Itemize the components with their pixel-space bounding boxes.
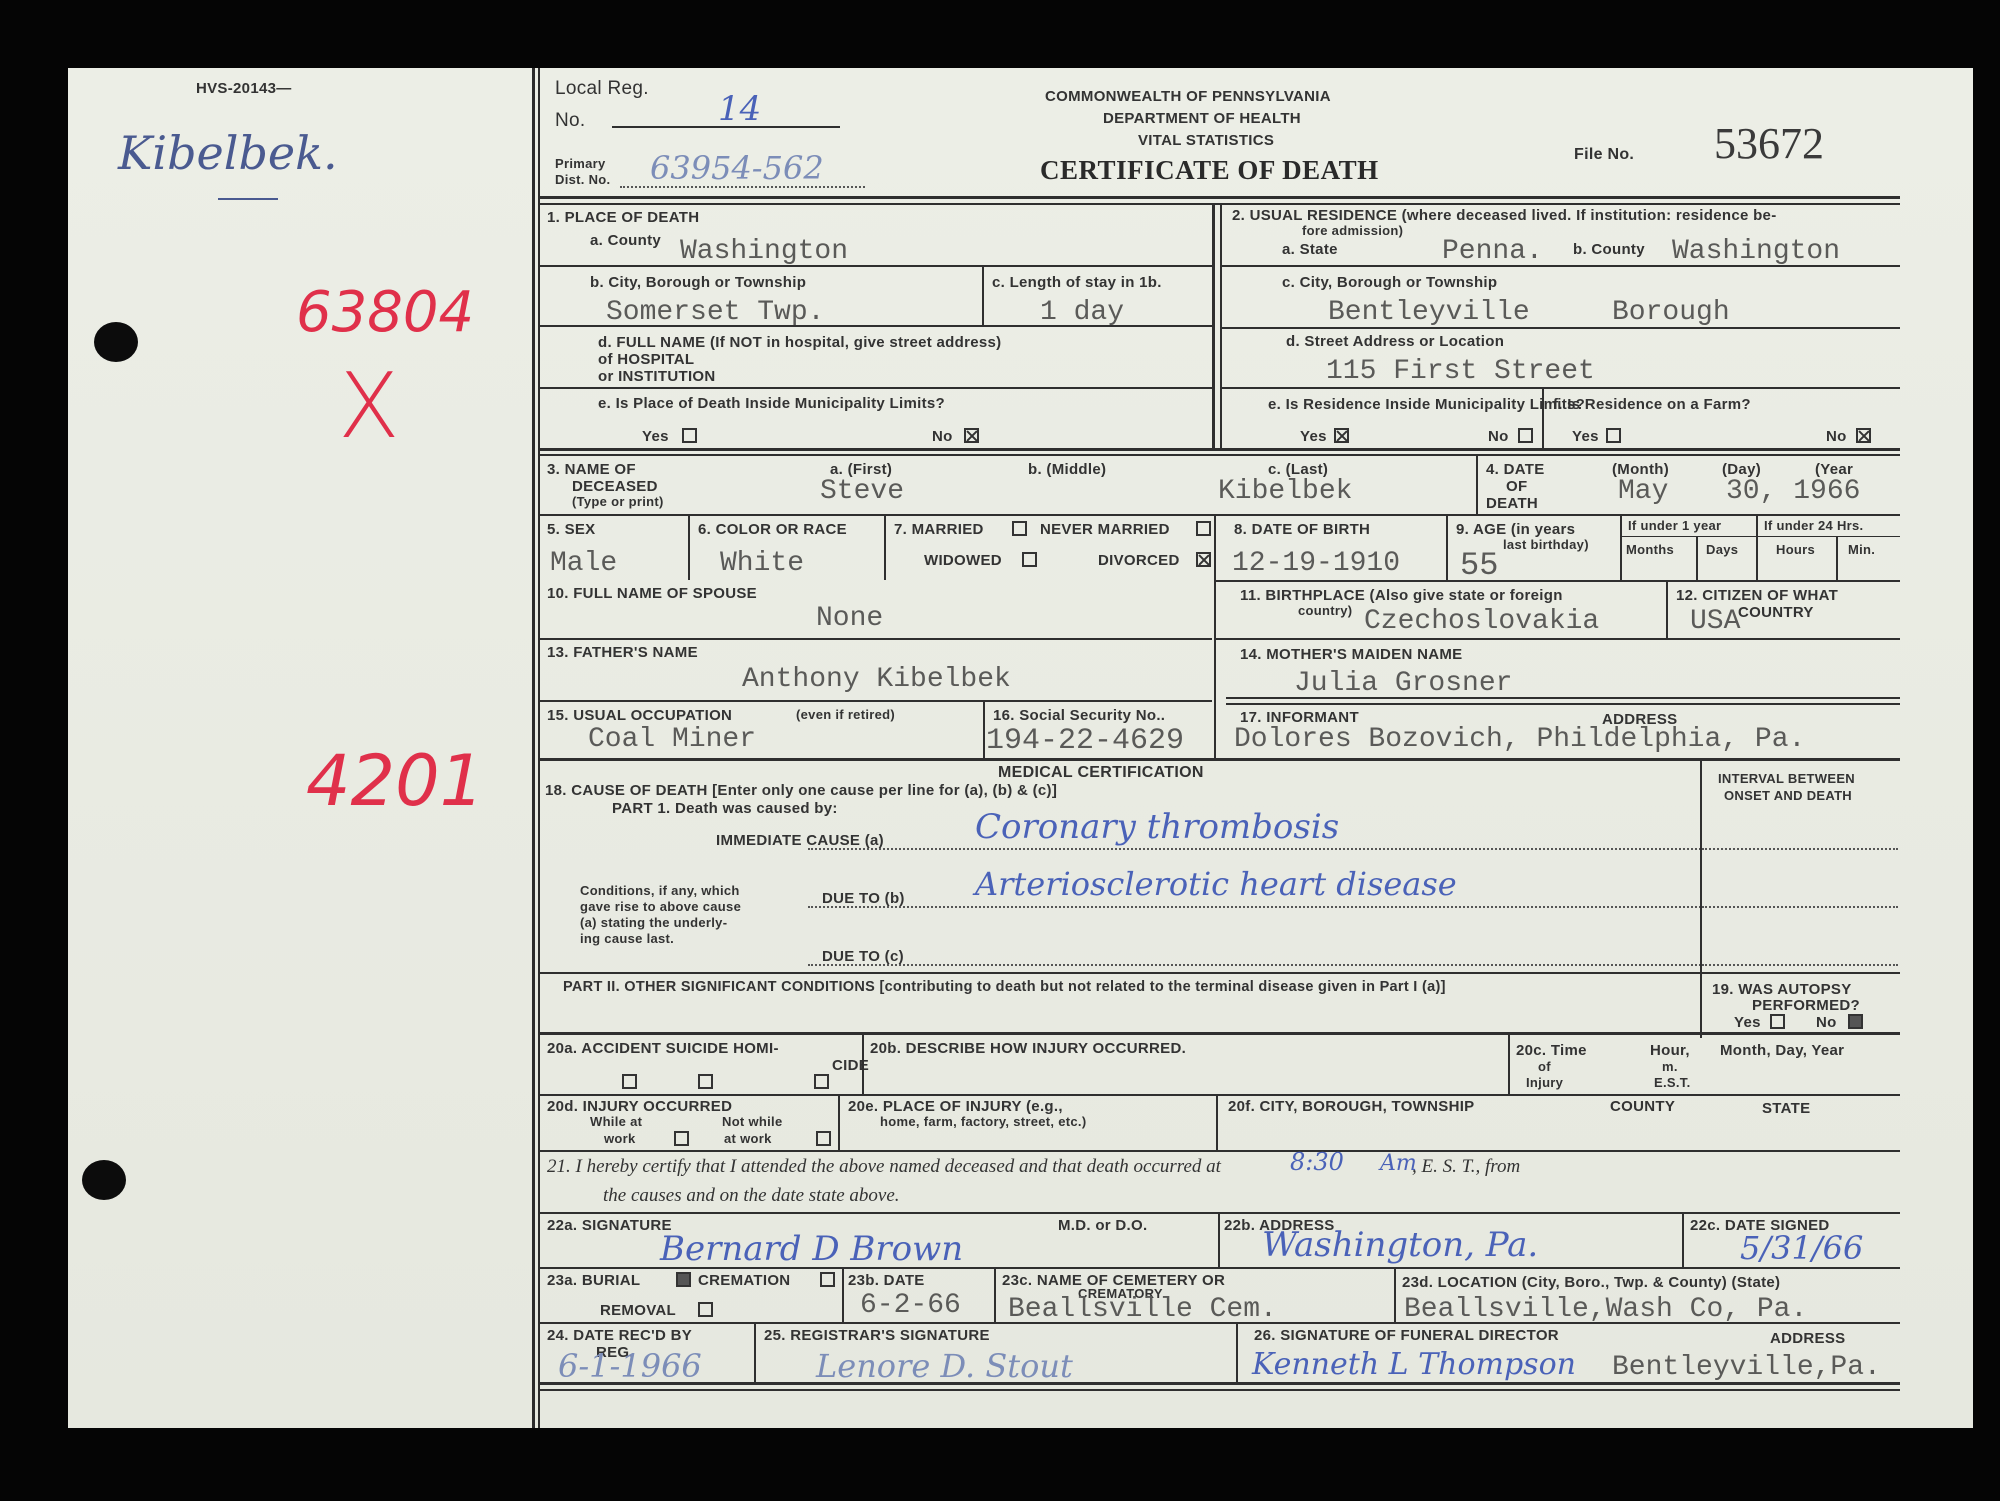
dod-label-3: DEATH	[1486, 495, 1538, 512]
age-label-2: last birthday)	[1503, 538, 1589, 553]
md-do-label: M.D. or D.O.	[1058, 1217, 1147, 1234]
divorced-checkbox[interactable]	[1196, 552, 1211, 567]
dotted-line	[808, 964, 1701, 966]
surname-note: Kibelbek.	[118, 130, 338, 176]
immediate-cause-label: IMMEDIATE CAUSE (a)	[716, 832, 884, 849]
father-name: Anthony Kibelbek	[742, 666, 1011, 694]
row-rule	[1222, 387, 1900, 389]
hospital-label-1: d. FULL NAME (If NOT in hospital, give s…	[598, 334, 1001, 351]
not-work-label-2: at work	[724, 1132, 772, 1147]
while-work-label-2: work	[604, 1132, 636, 1147]
injury-how-label: 20b. DESCRIBE HOW INJURY OCCURRED.	[870, 1040, 1186, 1057]
date-received: 6-1-1966	[558, 1350, 702, 1382]
col-rule	[982, 265, 984, 325]
no-label: No	[932, 428, 953, 445]
red-note-number-2: 4201	[306, 746, 484, 816]
sub-rule	[1620, 536, 1900, 537]
row-rule	[540, 1267, 1900, 1269]
immediate-cause: Coronary thrombosis	[975, 810, 1339, 844]
conditions-label-3: (a) stating the underly-	[580, 916, 727, 931]
residence-county: Washington	[1672, 238, 1840, 266]
interval-label-1: INTERVAL BETWEEN	[1718, 772, 1855, 787]
accident-checkbox[interactable]	[622, 1074, 637, 1089]
time-label-3: Injury	[1526, 1076, 1563, 1091]
hour-label-3: E.S.T.	[1654, 1076, 1690, 1091]
section-divider	[1220, 203, 1222, 448]
col-rule	[1666, 580, 1668, 638]
row-rule	[540, 972, 1900, 974]
physician-signature: Bernard D Brown	[660, 1232, 963, 1266]
time-label-1: 20c. Time	[1516, 1042, 1587, 1059]
stay-label: c. Length of stay in 1b.	[992, 274, 1162, 291]
dotted-line	[1702, 906, 1898, 908]
yes-label: Yes	[1572, 428, 1599, 445]
date-of-death-month: May	[1618, 478, 1668, 506]
ssn-label: 16. Social Security No..	[993, 707, 1165, 724]
col-rule	[1216, 1094, 1218, 1150]
file-no: 53672	[1714, 118, 1824, 169]
col-rule	[1682, 1212, 1684, 1267]
col-rule	[688, 514, 690, 580]
row-rule	[540, 1094, 1900, 1096]
yes-label: Yes	[1300, 428, 1327, 445]
sex-label: 5. SEX	[547, 521, 596, 538]
funeral-director-address: Bentleyville,Pa.	[1612, 1354, 1881, 1382]
col-rule	[842, 1267, 844, 1322]
residence-inside-limits-no-checkbox[interactable]	[1518, 428, 1533, 443]
row-rule	[540, 700, 1212, 702]
married-label: 7. MARRIED	[894, 521, 984, 538]
social-security-number: 194-22-4629	[986, 726, 1184, 756]
informant: Dolores Bozovich, Phildelphia, Pa.	[1234, 726, 1805, 754]
section-rule	[540, 454, 1900, 456]
injury-type-label: 20a. ACCIDENT SUICIDE HOMI-	[547, 1040, 779, 1057]
row-rule	[540, 1150, 1900, 1152]
citizen-label-1: 12. CITIZEN OF WHAT	[1676, 587, 1838, 604]
no-label: No.	[555, 110, 585, 132]
physician-address: Washington, Pa.	[1262, 1228, 1538, 1262]
section-rule	[540, 1032, 1900, 1035]
length-of-stay: 1 day	[1040, 299, 1124, 327]
citizen-country: USA	[1690, 608, 1740, 636]
street-label: d. Street Address or Location	[1286, 333, 1504, 350]
row-rule	[540, 265, 1212, 267]
row-rule	[540, 638, 1212, 640]
last-name: Kibelbek	[1218, 478, 1352, 506]
cremation-checkbox[interactable]	[820, 1272, 835, 1287]
red-note-number: 63804	[296, 285, 474, 341]
certification-text-2: , E. S. T., from	[1412, 1156, 1520, 1178]
date-of-birth: 12-19-1910	[1232, 550, 1400, 578]
citizen-label-2: COUNTRY	[1738, 604, 1814, 621]
residence-city-type: Borough	[1612, 299, 1730, 327]
while-work-label-1: While at	[590, 1115, 642, 1130]
injury-place-label-2: home, farm, factory, street, etc.)	[880, 1115, 1086, 1130]
row-rule	[540, 1322, 1900, 1324]
res-county-label: b. County	[1573, 241, 1645, 258]
col-rule	[1542, 387, 1544, 448]
row-rule	[540, 514, 1900, 516]
birthplace-label-2: country)	[1298, 604, 1352, 619]
col-rule	[1394, 1267, 1396, 1322]
date-signed: 5/31/66	[1740, 1232, 1863, 1264]
never-married-checkbox[interactable]	[1196, 521, 1211, 536]
primary-label: Primary	[555, 157, 606, 172]
death-city: Somerset Twp.	[606, 299, 824, 327]
punch-hole-bottom	[82, 1160, 126, 1200]
red-x-mark: X	[338, 362, 400, 452]
autopsy-label-1: 19. WAS AUTOPSY	[1712, 981, 1852, 998]
burial-label: 23a. BURIAL	[547, 1272, 640, 1289]
residence-label-1: 2. USUAL RESIDENCE (where deceased lived…	[1232, 207, 1776, 224]
disposition-date-label: 23b. DATE	[848, 1272, 925, 1289]
autopsy-label-2: PERFORMED?	[1752, 997, 1860, 1014]
col-rule	[1214, 638, 1216, 758]
file-no-label: File No.	[1574, 146, 1634, 164]
residence-street: 115 First Street	[1326, 358, 1595, 386]
col-rule	[1836, 536, 1838, 580]
stub-divider	[532, 68, 540, 1428]
no-label: No	[1826, 428, 1847, 445]
col-rule	[1218, 1212, 1220, 1267]
birthplace-label-1: 11. BIRTHPLACE (Also give state or forei…	[1240, 587, 1563, 604]
funeral-address-label: ADDRESS	[1770, 1330, 1845, 1347]
cremation-label: CREMATION	[698, 1272, 790, 1289]
registrar-label: 25. REGISTRAR'S SIGNATURE	[764, 1327, 990, 1344]
location-label: 23d. LOCATION (City, Boro., Twp. & Count…	[1402, 1274, 1780, 1291]
no-label: No	[1488, 428, 1509, 445]
spouse-label: 10. FULL NAME OF SPOUSE	[547, 585, 757, 602]
residence-inside-limits-yes-checkbox[interactable]	[1334, 428, 1349, 443]
form-code: HVS-20143—	[196, 80, 292, 97]
registrar-signature: Lenore D. Stout	[816, 1350, 1073, 1382]
inside-limits-label: e. Is Place of Death Inside Municipality…	[598, 395, 945, 412]
injury-state-label: STATE	[1762, 1100, 1810, 1117]
farm-yes-checkbox[interactable]	[1606, 428, 1621, 443]
burial-checkbox[interactable]	[676, 1272, 691, 1287]
divorced-label: DIVORCED	[1098, 552, 1180, 569]
residence-city: Bentleyville	[1328, 299, 1530, 327]
days-label: Days	[1706, 543, 1738, 558]
hours-label: Hours	[1776, 543, 1815, 558]
cause-label: 18. CAUSE OF DEATH [Enter only one cause…	[545, 782, 1057, 799]
farm-label: f. Is Residence on a Farm?	[1553, 396, 1751, 413]
section-rule	[540, 448, 1900, 451]
city-label: b. City, Borough or Township	[590, 274, 806, 291]
father-label: 13. FATHER'S NAME	[547, 644, 698, 661]
name-label-2: DECEASED	[572, 478, 658, 495]
header-line-3: VITAL STATISTICS	[1138, 132, 1274, 149]
section-rule	[540, 1389, 1900, 1391]
header-rule-1	[540, 196, 1900, 199]
header-line-1: COMMONWEALTH OF PENNSYLVANIA	[1045, 88, 1331, 105]
cemetery-name: Beallsville Cem.	[1008, 1296, 1277, 1324]
occupation-label: 15. USUAL OCCUPATION	[547, 707, 732, 724]
hospital-label-2: of HOSPITAL	[598, 351, 694, 368]
section-rule	[540, 758, 1900, 761]
age-value: 55	[1460, 550, 1498, 582]
time-label-2: of	[1538, 1060, 1551, 1075]
certification-text-1: 21. I hereby certify that I attended the…	[547, 1156, 1221, 1178]
col-rule	[862, 1032, 864, 1094]
farm-no-checkbox[interactable]	[1856, 428, 1871, 443]
dob-label: 8. DATE OF BIRTH	[1234, 521, 1370, 538]
death-inside-limits-no-checkbox[interactable]	[964, 428, 979, 443]
spouse-name: None	[816, 605, 883, 633]
date-of-death-day-year: 30, 1966	[1726, 478, 1860, 506]
married-checkbox[interactable]	[1012, 521, 1027, 536]
section-divider	[1212, 203, 1215, 448]
burial-location: Beallsville,Wash Co, Pa.	[1404, 1296, 1807, 1324]
dod-label-1: 4. DATE	[1486, 461, 1545, 478]
interval-label-2: ONSET AND DEATH	[1724, 789, 1852, 804]
col-rule	[983, 700, 985, 758]
under-1yr-label: If under 1 year	[1628, 519, 1721, 534]
yes-label: Yes	[1734, 1014, 1761, 1031]
col-rule	[1700, 760, 1702, 1038]
occupation: Coal Miner	[588, 726, 756, 754]
state-label: a. State	[1282, 241, 1338, 258]
residence-label-2: fore admission)	[1302, 224, 1403, 239]
dotted-line	[1702, 848, 1898, 850]
residence-state: Penna.	[1442, 238, 1543, 266]
col-rule	[1508, 1032, 1510, 1094]
res-city-label: c. City, Borough or Township	[1282, 274, 1497, 291]
homicide-checkbox[interactable]	[814, 1074, 829, 1089]
hour-label-1: Hour,	[1650, 1042, 1690, 1059]
col-rule	[1214, 514, 1216, 638]
certificate-title: CERTIFICATE OF DEATH	[1040, 155, 1379, 186]
months-label: Months	[1626, 543, 1674, 558]
dist-no-label: Dist. No.	[555, 173, 610, 188]
autopsy-yes-checkbox[interactable]	[1770, 1014, 1785, 1029]
due-to-b-cause: Arteriosclerotic heart disease	[975, 868, 1457, 900]
dod-label-2: OF	[1506, 478, 1527, 495]
col-rule	[1476, 454, 1478, 514]
conditions-label-1: Conditions, if any, which	[580, 884, 740, 899]
never-married-label: NEVER MARRIED	[1040, 521, 1170, 538]
month-day-year-label: Month, Day, Year	[1720, 1042, 1844, 1059]
due-to-b-label: DUE TO (b)	[822, 890, 905, 907]
row-rule	[1214, 638, 1900, 640]
injury-place-label-1: 20e. PLACE OF INJURY (e.g.,	[848, 1098, 1063, 1115]
certification-text-3: the causes and on the date state above.	[603, 1185, 900, 1207]
col-rule	[1236, 1322, 1238, 1382]
surname-underline	[218, 198, 278, 200]
hour-label-2: m.	[1662, 1060, 1678, 1075]
removal-label: REMOVAL	[600, 1302, 676, 1319]
mother-maiden-name: Julia Grosner	[1294, 670, 1512, 698]
name-label-1: 3. NAME OF	[547, 461, 636, 478]
col-rule	[1756, 514, 1758, 580]
punch-hole-top	[94, 322, 138, 362]
min-label: Min.	[1848, 543, 1875, 558]
suicide-checkbox[interactable]	[698, 1074, 713, 1089]
part1-label: PART 1. Death was caused by:	[612, 800, 838, 817]
conditions-label-2: gave rise to above cause	[580, 900, 741, 915]
res-inside-limits-label: e. Is Residence Inside Municipality Limi…	[1268, 396, 1585, 413]
disposition-date: 6-2-66	[860, 1292, 961, 1320]
first-name: Steve	[820, 478, 904, 506]
age-label-1: 9. AGE (in years	[1456, 521, 1575, 538]
medical-heading: MEDICAL CERTIFICATION	[998, 764, 1204, 782]
no-label: No	[1816, 1014, 1837, 1031]
race-label: 6. COLOR OR RACE	[698, 521, 847, 538]
yes-label: Yes	[642, 428, 669, 445]
not-at-work-checkbox[interactable]	[816, 1131, 831, 1146]
injury-occurred-label: 20d. INJURY OCCURRED	[547, 1098, 732, 1115]
local-reg-label: Local Reg.	[555, 78, 649, 100]
race-value: White	[720, 550, 804, 578]
county-label: a. County	[590, 232, 661, 249]
date-received-label-1: 24. DATE REC'D BY	[547, 1327, 692, 1344]
col-rule	[884, 514, 886, 580]
dotted-line	[808, 906, 1701, 908]
sex-value: Male	[550, 550, 617, 578]
row-rule	[540, 325, 1212, 327]
row-rule	[1222, 327, 1900, 329]
injury-county-label: COUNTY	[1610, 1098, 1675, 1115]
col-rule	[1446, 514, 1448, 580]
under-24h-label: If under 24 Hrs.	[1764, 519, 1863, 534]
row-rule	[1226, 703, 1900, 705]
section-rule	[540, 1382, 1900, 1385]
col-rule	[994, 1267, 996, 1322]
death-county: Washington	[680, 238, 848, 266]
local-reg-no: 14	[718, 92, 761, 126]
funeral-director-signature: Kenneth L Thompson	[1252, 1350, 1576, 1380]
col-rule	[754, 1322, 756, 1382]
due-to-c-label: DUE TO (c)	[822, 948, 904, 965]
dotted-line	[808, 848, 1701, 850]
widowed-label: WIDOWED	[924, 552, 1002, 569]
injury-city-label: 20f. CITY, BOROUGH, TOWNSHIP	[1228, 1098, 1474, 1115]
col-rule	[1696, 536, 1698, 580]
conditions-label-4: ing cause last.	[580, 932, 674, 947]
middle-label: b. (Middle)	[1028, 461, 1106, 478]
removal-checkbox[interactable]	[698, 1302, 713, 1317]
funeral-director-label: 26. SIGNATURE OF FUNERAL DIRECTOR	[1254, 1327, 1559, 1344]
row-rule	[540, 1212, 1900, 1214]
dotted-line	[1702, 964, 1898, 966]
hospital-label-3: or INSTITUTION	[598, 368, 716, 385]
header-line-2: DEPARTMENT OF HEALTH	[1103, 110, 1301, 127]
row-rule	[1226, 697, 1900, 699]
widowed-checkbox[interactable]	[1022, 552, 1037, 567]
col-rule	[1620, 514, 1622, 580]
while-at-work-checkbox[interactable]	[674, 1131, 689, 1146]
signature-label: 22a. SIGNATURE	[547, 1217, 672, 1234]
death-inside-limits-yes-checkbox[interactable]	[682, 428, 697, 443]
row-rule	[1222, 265, 1900, 267]
name-label-3: (Type or print)	[572, 495, 664, 510]
col-rule	[838, 1094, 840, 1150]
autopsy-no-checkbox[interactable]	[1848, 1014, 1863, 1029]
row-rule	[1214, 580, 1900, 582]
occupation-sub-label: (even if retired)	[796, 708, 895, 723]
birthplace: Czechoslovakia	[1364, 608, 1599, 636]
not-work-label-1: Not while	[722, 1115, 782, 1130]
time-of-death: 8:30	[1290, 1150, 1344, 1174]
mother-label: 14. MOTHER'S MAIDEN NAME	[1240, 646, 1462, 663]
place-of-death-label: 1. PLACE OF DEATH	[547, 209, 699, 226]
primary-dist-no: 63954-562	[650, 152, 824, 184]
part2-label: PART II. OTHER SIGNIFICANT CONDITIONS [c…	[563, 979, 1446, 996]
row-rule	[540, 387, 1212, 389]
